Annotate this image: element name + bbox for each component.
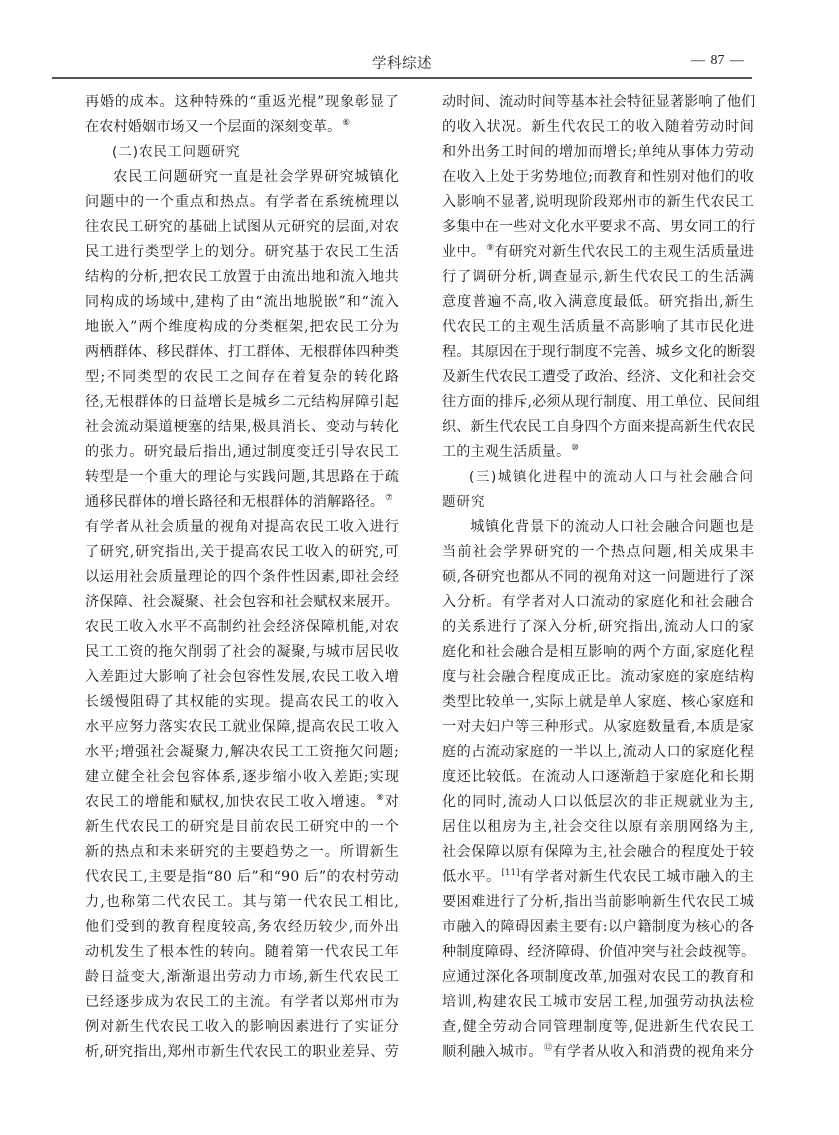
text-line: 径,无根群体的日益增长是城乡二元结构屏障引起 [85, 390, 399, 415]
text-line: 长缓慢阻碍了其权能的实现。提高农民工的收入 [85, 690, 399, 715]
text-line: 多集中在一些对文化水平要求不高、男女同工的行 [442, 215, 754, 240]
text-line: 当前社会学界研究的一个热点问题,相关成果丰 [442, 540, 754, 565]
text-line: 工的主观生活质量。⑩ [442, 440, 754, 465]
text-line: 新生代农民工的研究是目前农民工研究中的一个 [85, 815, 399, 840]
text-line: 入分析。有学者对人口流动的家庭化和社会融合 [442, 590, 754, 615]
text-line: 代农民工的主观生活质量不高影响了其市民化进 [442, 315, 754, 340]
footnote-marker: ⑫ [544, 1043, 553, 1053]
text-line: 两栖群体、移民群体、打工群体、无根群体四种类 [85, 340, 399, 365]
text-line: 和外出务工时间的增加而增长;单纯从事体力劳动 [442, 140, 754, 165]
text-line: 类型比较单一,实际上就是单人家庭、核心家庭和 [442, 690, 754, 715]
text-line: 水平应努力落实农民工就业保障,提高农民工收入 [85, 715, 399, 740]
text-line: 他们受到的教育程度较高,务农经历较少,而外出 [85, 915, 399, 940]
text-line: 化的同时,流动人口以低层次的非正规就业为主, [442, 790, 754, 815]
footnote-marker: [11] [502, 868, 520, 878]
text-line: 种制度障碍、经济障碍、价值冲突与社会歧视等。 [442, 940, 754, 965]
text-line: 济保障、社会凝聚、社会包容和社会赋权来展开。 [85, 590, 399, 615]
text-line: 动时间、流动时间等基本社会特征显著影响了他们 [442, 90, 754, 115]
text-line: 地嵌入”两个维度构成的分类框架,把农民工分为 [85, 315, 399, 340]
text-line: 在农村婚姻市场又一个层面的深刻变革。⑥ [85, 115, 399, 140]
text-line: 查,健全劳动合同管理制度等,促进新生代农民工 [442, 1015, 754, 1040]
text-line: 问题中的一个重点和热点。有学者在系统梳理以 [85, 190, 399, 215]
text-line: 庭的占流动家庭的一半以上,流动人口的家庭化程 [442, 740, 754, 765]
text-line: 及新生代农民工遭受了政治、经济、文化和社会交 [442, 365, 754, 390]
text-line: 龄日益变大,渐渐退出劳动力市场,新生代农民工 [85, 965, 399, 990]
text-line: 织、新生代农民工自身四个方面来提高新生代农民 [442, 415, 754, 440]
text-line: 顺利融入城市。⑫有学者从收入和消费的视角来分 [442, 1040, 754, 1065]
text-line: 已经逐步成为农民工的主流。有学者以郑州市为 [85, 990, 399, 1015]
text-line: 农民工的增能和赋权,加快农民工收入增速。⑧对 [85, 790, 399, 815]
text-line: 培训,构建农民工城市安居工程,加强劳动执法检 [442, 990, 754, 1015]
page-number: — 87 — [691, 53, 744, 69]
text-line: 行了调研分析,调查显示,新生代农民工的生活满 [442, 265, 754, 290]
text-line: 庭化和社会融合是相互影响的两个方面,家庭化程 [442, 640, 754, 665]
text-line: 业中。⑨有研究对新生代农民工的主观生活质量进 [442, 240, 754, 265]
text-line: 农民工问题研究一直是社会学界研究城镇化 [85, 165, 399, 190]
text-line: 城镇化背景下的流动人口社会融合问题也是 [442, 515, 754, 540]
text-line: 结构的分析,把农民工放置于由流出地和流入地共 [85, 265, 399, 290]
text-line: 代农民工,主要是指“80 后”和“90 后”的农村劳动 [85, 865, 399, 890]
text-line: 居住以租房为主,社会交往以原有亲朋网络为主, [442, 815, 754, 840]
text-line: 再婚的成本。这种特殊的“重返光棍”现象彰显了 [85, 90, 399, 115]
text-line: 新的热点和未来研究的主要趋势之一。所谓新生 [85, 840, 399, 865]
text-line: 度还比较低。在流动人口逐渐趋于家庭化和长期 [442, 765, 754, 790]
text-line: 社会流动渠道梗塞的结果,极具消长、变动与转化 [85, 415, 399, 440]
section-heading-cont: 题研究 [442, 490, 754, 515]
text-line: 硕,各研究也都从不同的视角对这一问题进行了深 [442, 565, 754, 590]
text-line: 要困难进行了分析,指出当前影响新生代农民工城 [442, 890, 754, 915]
text-line: 一对夫妇户等三种形式。从家庭数量看,本质是家 [442, 715, 754, 740]
section-heading: (二)农民工问题研究 [85, 140, 399, 165]
section-heading: (三)城镇化进程中的流动人口与社会融合问 [442, 465, 754, 490]
text-line: 农民工收入水平不高制约社会经济保障机能,对农 [85, 615, 399, 640]
text-line: 程。其原因在于现行制度不完善、城乡文化的断裂 [442, 340, 754, 365]
text-line: 往农民工研究的基础上试图从元研究的层面,对农 [85, 215, 399, 240]
text-line: 应通过深化各项制度改革,加强对农民工的教育和 [442, 965, 754, 990]
text-line: 析,研究指出,郑州市新生代农民工的职业差异、劳 [85, 1040, 399, 1065]
text-line: 意度普遍不高,收入满意度最低。研究指出,新生 [442, 290, 754, 315]
text-line: 同构成的场域中,建构了由“流出地脱嵌”和“流入 [85, 290, 399, 315]
text-line: 动机发生了根本性的转向。随着第一代农民工年 [85, 940, 399, 965]
running-header: 学科综述 — 87 — [52, 50, 752, 78]
footnote-marker: ⑦ [385, 493, 393, 503]
text-line: 民工进行类型学上的划分。研究基于农民工生活 [85, 240, 399, 265]
text-line: 的张力。研究最后指出,通过制度变迁引导农民工 [85, 440, 399, 465]
text-line: 通移民群体的增长路径和无根群体的消解路径。⑦ [85, 490, 399, 515]
footnote-marker: ⑥ [342, 118, 350, 128]
section-title: 学科综述 [52, 52, 752, 73]
text-line: 例对新生代农民工收入的影响因素进行了实证分 [85, 1015, 399, 1040]
text-line: 力,也称第二代农民工。其与第一代农民工相比, [85, 890, 399, 915]
text-line: 社会保障以原有保障为主,社会融合的程度处于较 [442, 840, 754, 865]
text-line: 型;不同类型的农民工之间存在着复杂的转化路 [85, 365, 399, 390]
footnote-marker: ⑧ [376, 793, 385, 803]
text-line: 建立健全社会包容体系,逐步缩小收入差距;实现 [85, 765, 399, 790]
header-rule [52, 77, 752, 79]
text-line: 的收入状况。新生代农民工的收入随着劳动时间 [442, 115, 754, 140]
text-line: 往方面的排斥,必须从现行制度、用工单位、民间组 [442, 390, 754, 415]
text-line: 低水平。[11]有学者对新生代农民工城市融入的主 [442, 865, 754, 890]
left-column: 再婚的成本。这种特殊的“重返光棍”现象彰显了 在农村婚姻市场又一个层面的深刻变革… [85, 90, 399, 1065]
footnote-marker: ⑩ [571, 443, 579, 453]
text-line: 有学者从社会质量的视角对提高农民工收入进行 [85, 515, 399, 540]
text-line: 入影响不显著,说明现阶段郑州市的新生代农民工 [442, 190, 754, 215]
text-line: 入差距过大影响了社会包容性发展,农民工收入增 [85, 665, 399, 690]
text-line: 的关系进行了深入分析,研究指出,流动人口的家 [442, 615, 754, 640]
text-line: 在收入上处于劣势地位;而教育和性别对他们的收 [442, 165, 754, 190]
text-line: 民工工资的拖欠削弱了社会的凝聚,与城市居民收 [85, 640, 399, 665]
right-column: 动时间、流动时间等基本社会特征显著影响了他们 的收入状况。新生代农民工的收入随着… [442, 90, 754, 1065]
text-line: 了研究,研究指出,关于提高农民工收入的研究,可 [85, 540, 399, 565]
text-line: 以运用社会质量理论的四个条件性因素,即社会经 [85, 565, 399, 590]
text-line: 转型是一个重大的理论与实践问题,其思路在于疏 [85, 465, 399, 490]
text-line: 水平;增强社会凝聚力,解决农民工工资拖欠问题; [85, 740, 399, 765]
text-line: 度与社会融合程度成正比。流动家庭的家庭结构 [442, 665, 754, 690]
text-line: 市融入的障碍因素主要有:以户籍制度为核心的各 [442, 915, 754, 940]
